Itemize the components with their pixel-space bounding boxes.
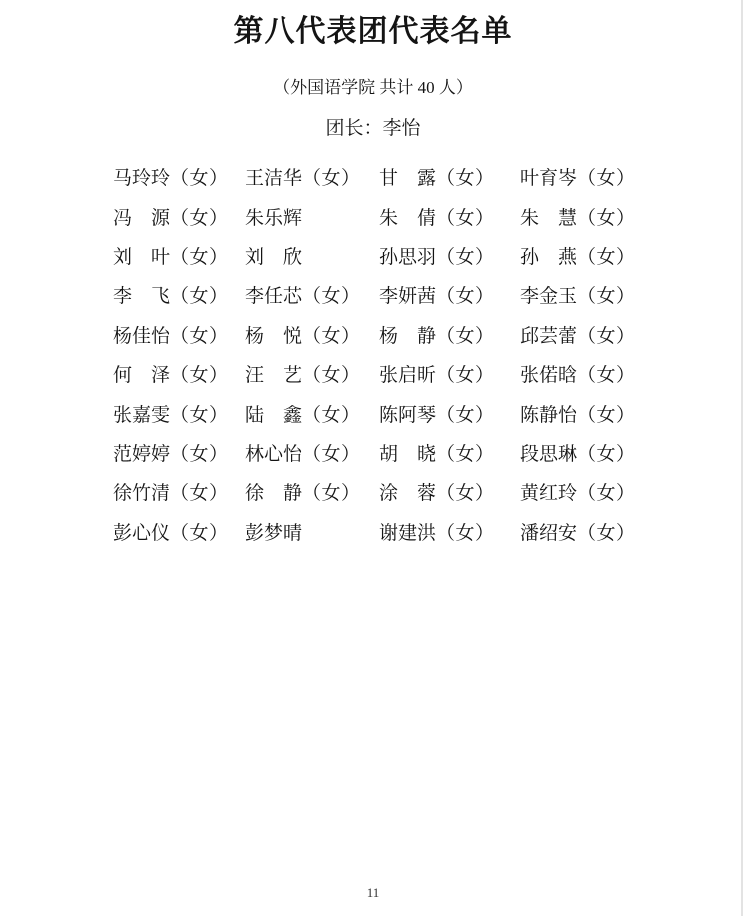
roster-row: 徐竹清（女）徐 静（女）涂 蓉（女）黄红玲（女） (113, 472, 658, 511)
gender-label: （女） (302, 405, 361, 426)
delegate-name: 黄红玲 (520, 483, 577, 504)
gender-label: （女） (170, 326, 229, 347)
delegate-name: 潘绍安 (520, 523, 577, 544)
roster-cell: 孙思羽（女） (379, 242, 520, 269)
page-number: 11 (0, 885, 746, 901)
gender-label: （女） (577, 326, 636, 347)
roster-cell: 徐 静（女） (245, 478, 379, 505)
roster-cell: 彭心仪（女） (113, 518, 245, 545)
roster-cell: 徐竹清（女） (113, 478, 245, 505)
roster-list: 马玲玲（女）王洁华（女）甘 露（女）叶育岑（女）冯 源（女）朱乐辉朱 倩（女）朱… (113, 157, 658, 551)
delegate-name: 李金玉 (520, 286, 577, 307)
gender-label: （女） (302, 365, 361, 386)
delegate-name: 孙思羽 (379, 247, 436, 268)
gender-label: （女） (436, 365, 495, 386)
gender-label: （女） (436, 168, 495, 189)
roster-cell: 范婷婷（女） (113, 439, 245, 466)
delegate-name: 谢建洪 (379, 523, 436, 544)
gender-label: （女） (170, 523, 229, 544)
delegate-name: 涂 蓉 (379, 483, 436, 504)
delegate-name: 李 飞 (113, 286, 170, 307)
gender-label: （女） (577, 523, 636, 544)
delegate-name: 刘 叶 (113, 247, 170, 268)
gender-label: （女） (436, 444, 495, 465)
roster-cell: 杨 悦（女） (245, 321, 379, 348)
delegate-name: 彭梦晴 (245, 523, 302, 544)
delegate-name: 林心怡 (245, 444, 302, 465)
roster-row: 李 飞（女）李任芯（女）李妍茜（女）李金玉（女） (113, 275, 658, 314)
gender-label: （女） (436, 208, 495, 229)
delegate-name: 段思琳 (520, 444, 577, 465)
roster-cell: 李任芯（女） (245, 281, 379, 308)
roster-row: 杨佳怡（女）杨 悦（女）杨 静（女）邱芸蕾（女） (113, 315, 658, 354)
roster-cell: 李妍茜（女） (379, 281, 520, 308)
gender-label: （女） (302, 168, 361, 189)
delegate-name: 朱 慧 (520, 208, 577, 229)
delegate-name: 陈阿琴 (379, 405, 436, 426)
roster-cell: 彭梦晴 (245, 518, 379, 545)
delegate-name: 冯 源 (113, 208, 170, 229)
gender-label: （女） (170, 168, 229, 189)
delegate-name: 陆 鑫 (245, 405, 302, 426)
roster-cell: 陆 鑫（女） (245, 400, 379, 427)
delegate-name: 杨佳怡 (113, 326, 170, 347)
roster-row: 马玲玲（女）王洁华（女）甘 露（女）叶育岑（女） (113, 157, 658, 196)
gender-label: （女） (436, 483, 495, 504)
gender-label: （女） (436, 326, 495, 347)
roster-cell: 何 泽（女） (113, 360, 245, 387)
gender-label: （女） (170, 247, 229, 268)
roster-row: 范婷婷（女）林心怡（女）胡 晓（女）段思琳（女） (113, 433, 658, 472)
roster-cell: 朱 倩（女） (379, 203, 520, 230)
delegate-name: 甘 露 (379, 168, 436, 189)
gender-label: （女） (436, 247, 495, 268)
delegate-name: 孙 燕 (520, 247, 577, 268)
delegate-name: 邱芸蕾 (520, 326, 577, 347)
delegate-name: 何 泽 (113, 365, 170, 386)
roster-cell: 刘 欣 (245, 242, 379, 269)
roster-row: 何 泽（女）汪 艺（女）张启昕（女）张偌晗（女） (113, 354, 658, 393)
roster-cell: 刘 叶（女） (113, 242, 245, 269)
roster-cell: 段思琳（女） (520, 439, 658, 466)
delegate-name: 彭心仪 (113, 523, 170, 544)
gender-label: （女） (436, 286, 495, 307)
roster-cell: 杨佳怡（女） (113, 321, 245, 348)
gender-label: （女） (577, 444, 636, 465)
gender-label: （女） (436, 405, 495, 426)
roster-cell: 邱芸蕾（女） (520, 321, 658, 348)
gender-label: （女） (302, 286, 361, 307)
delegate-name: 张启昕 (379, 365, 436, 386)
roster-cell: 李 飞（女） (113, 281, 245, 308)
delegate-name: 张嘉雯 (113, 405, 170, 426)
delegate-name: 范婷婷 (113, 444, 170, 465)
delegate-name: 李任芯 (245, 286, 302, 307)
roster-cell: 王洁华（女） (245, 163, 379, 190)
roster-cell: 谢建洪（女） (379, 518, 520, 545)
delegate-name: 李妍茜 (379, 286, 436, 307)
delegate-name: 陈静怡 (520, 405, 577, 426)
delegate-name: 张偌晗 (520, 365, 577, 386)
delegate-name: 朱乐辉 (245, 208, 302, 229)
gender-label: （女） (170, 405, 229, 426)
page-edge-line (741, 0, 743, 916)
delegate-name: 叶育岑 (520, 168, 577, 189)
roster-cell: 陈静怡（女） (520, 400, 658, 427)
delegate-name: 胡 晓 (379, 444, 436, 465)
leader-line: 团长：李怡 (0, 118, 746, 140)
roster-cell: 陈阿琴（女） (379, 400, 520, 427)
roster-cell: 马玲玲（女） (113, 163, 245, 190)
roster-cell: 胡 晓（女） (379, 439, 520, 466)
roster-cell: 张偌晗（女） (520, 360, 658, 387)
roster-cell: 孙 燕（女） (520, 242, 658, 269)
roster-cell: 李金玉（女） (520, 281, 658, 308)
document-page: 第八代表团代表名单 （外国语学院 共计 40 人） 团长：李怡 马玲玲（女）王洁… (0, 0, 746, 916)
delegate-name: 王洁华 (245, 168, 302, 189)
roster-cell: 张启昕（女） (379, 360, 520, 387)
delegate-name: 马玲玲 (113, 168, 170, 189)
roster-cell: 冯 源（女） (113, 203, 245, 230)
gender-label: （女） (302, 483, 361, 504)
delegate-name: 汪 艺 (245, 365, 302, 386)
gender-label: （女） (577, 168, 636, 189)
gender-label: （女） (577, 365, 636, 386)
gender-label: （女） (577, 247, 636, 268)
gender-label: （女） (170, 483, 229, 504)
gender-label: （女） (170, 208, 229, 229)
page-title: 第八代表团代表名单 (0, 0, 746, 51)
roster-row: 刘 叶（女）刘 欣孙思羽（女）孙 燕（女） (113, 236, 658, 275)
delegate-name: 徐 静 (245, 483, 302, 504)
roster-cell: 张嘉雯（女） (113, 400, 245, 427)
roster-cell: 潘绍安（女） (520, 518, 658, 545)
roster-cell: 黄红玲（女） (520, 478, 658, 505)
delegate-name: 朱 倩 (379, 208, 436, 229)
roster-cell: 汪 艺（女） (245, 360, 379, 387)
delegate-name: 徐竹清 (113, 483, 170, 504)
gender-label: （女） (170, 365, 229, 386)
gender-label: （女） (302, 444, 361, 465)
roster-cell: 朱乐辉 (245, 203, 379, 230)
gender-label: （女） (577, 483, 636, 504)
gender-label: （女） (170, 286, 229, 307)
roster-cell: 叶育岑（女） (520, 163, 658, 190)
gender-label: （女） (436, 523, 495, 544)
roster-row: 冯 源（女）朱乐辉朱 倩（女）朱 慧（女） (113, 196, 658, 235)
roster-cell: 杨 静（女） (379, 321, 520, 348)
delegate-name: 刘 欣 (245, 247, 302, 268)
gender-label: （女） (302, 326, 361, 347)
roster-row: 彭心仪（女）彭梦晴谢建洪（女）潘绍安（女） (113, 512, 658, 551)
delegate-name: 杨 悦 (245, 326, 302, 347)
roster-row: 张嘉雯（女）陆 鑫（女）陈阿琴（女）陈静怡（女） (113, 393, 658, 432)
page-subtitle: （外国语学院 共计 40 人） (0, 78, 746, 98)
gender-label: （女） (577, 286, 636, 307)
delegate-name: 杨 静 (379, 326, 436, 347)
roster-cell: 甘 露（女） (379, 163, 520, 190)
gender-label: （女） (577, 405, 636, 426)
gender-label: （女） (577, 208, 636, 229)
roster-cell: 林心怡（女） (245, 439, 379, 466)
roster-cell: 朱 慧（女） (520, 203, 658, 230)
gender-label: （女） (170, 444, 229, 465)
roster-cell: 涂 蓉（女） (379, 478, 520, 505)
